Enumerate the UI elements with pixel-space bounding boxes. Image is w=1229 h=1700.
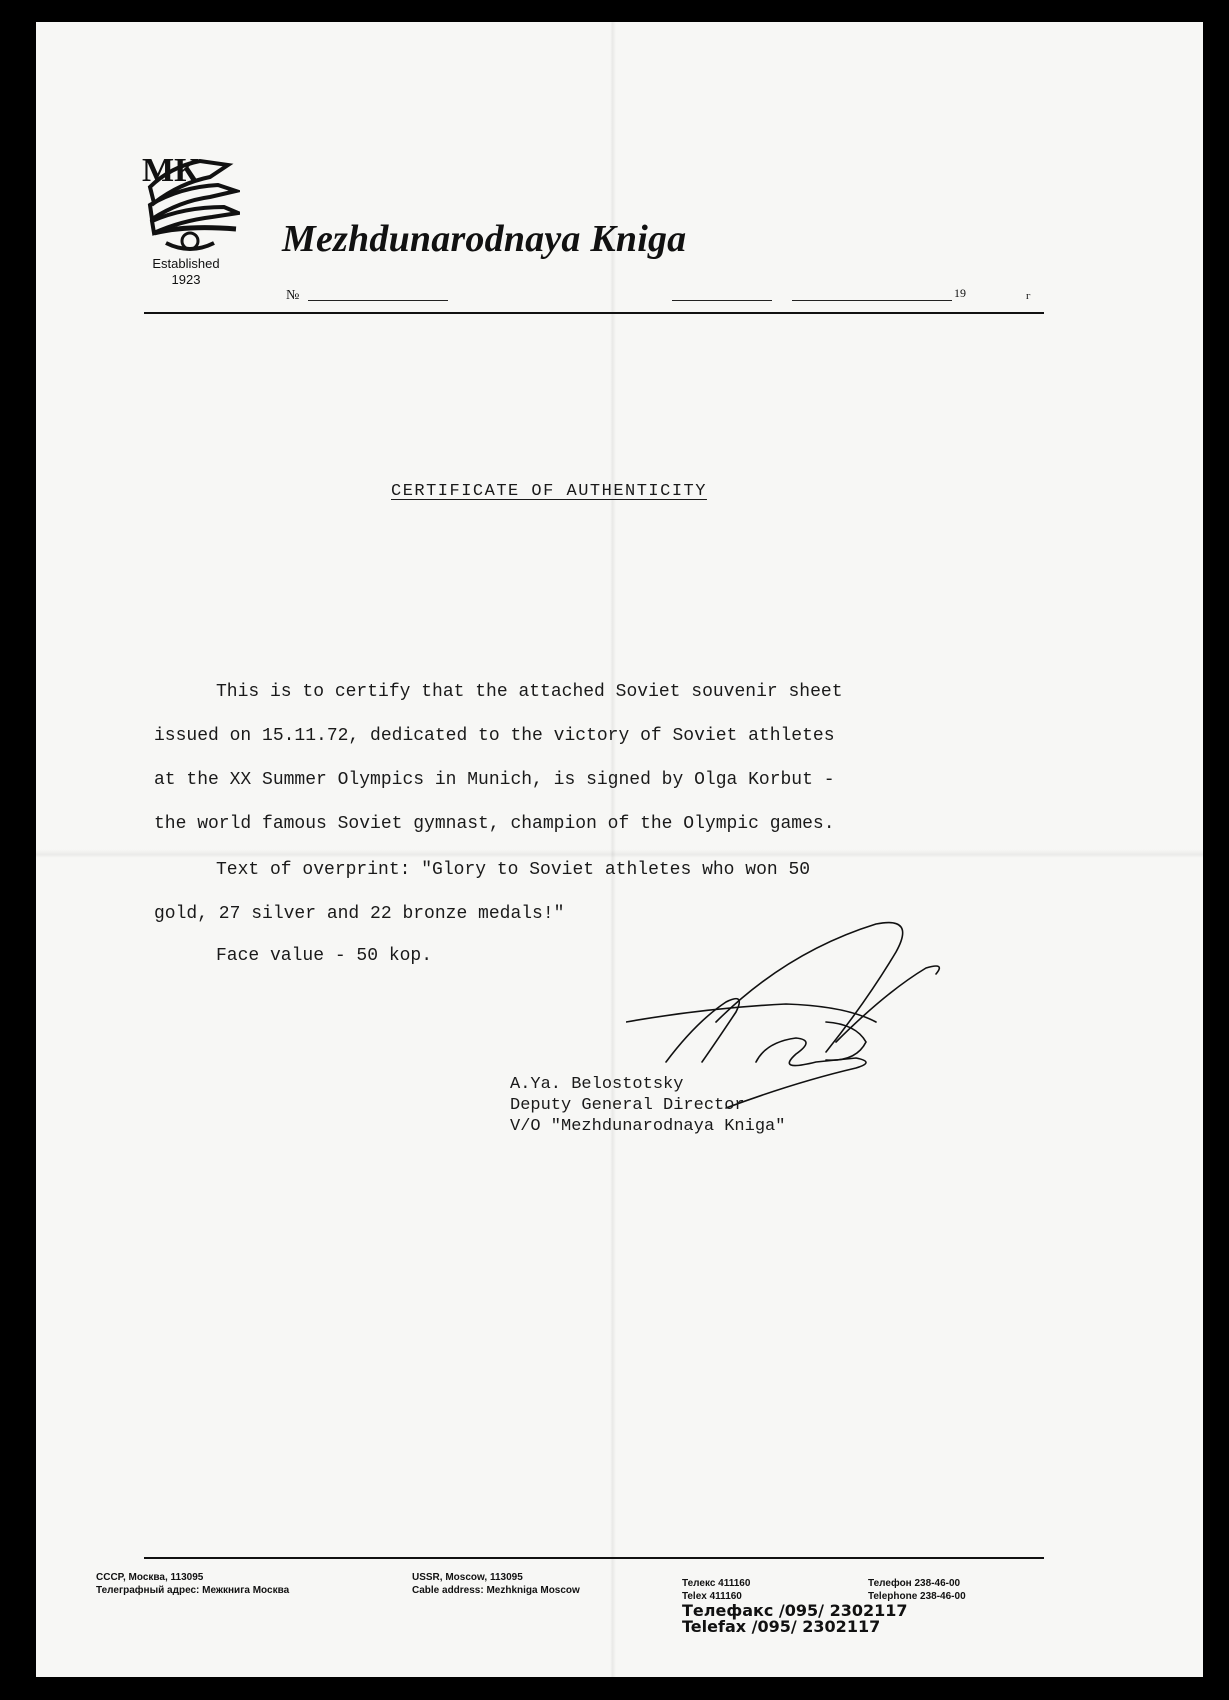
signatory-organization: V/O "Mezhdunarodnaya Kniga": [510, 1116, 785, 1137]
footer-russian-address: СССР, Москва, 113095 Телеграфный адрес: …: [96, 1571, 289, 1597]
established-label: Established 1923: [136, 256, 236, 288]
number-field-line: [308, 300, 448, 301]
date-field-line-day: [672, 300, 772, 301]
signatory-position: Deputy General Director: [510, 1095, 785, 1116]
footer-telex: Телекс 411160 Telex 411160: [682, 1577, 750, 1603]
letterhead-divider: [144, 312, 1044, 314]
certificate-page: МК Established 1923 Mezhdunarodnaya Knig…: [36, 22, 1203, 1677]
signatory-block: A.Ya. Belostotsky Deputy General Directo…: [510, 1074, 785, 1137]
year-prefix: 19: [954, 286, 966, 301]
number-label: №: [286, 288, 299, 304]
document-title: CERTIFICATE OF AUTHENTICITY: [391, 482, 707, 501]
signatory-name: A.Ya. Belostotsky: [510, 1074, 785, 1095]
date-field-line-month: [792, 300, 952, 301]
organization-name: Mezhdunarodnaya Kniga: [282, 217, 686, 261]
footer-telephone: Телефон 238-46-00 Telephone 238-46-00: [868, 1577, 966, 1603]
footer-divider: [144, 1557, 1044, 1559]
mk-logo-icon: МК: [140, 147, 240, 257]
footer-english-address: USSR, Moscow, 113095 Cable address: Mezh…: [412, 1571, 580, 1597]
certification-paragraph: This is to certify that the attached Sov…: [154, 670, 1054, 846]
year-suffix: г: [1026, 290, 1031, 302]
footer-telefax: Телефакс /095/ 2302117 Telefax /095/ 230…: [682, 1603, 908, 1635]
